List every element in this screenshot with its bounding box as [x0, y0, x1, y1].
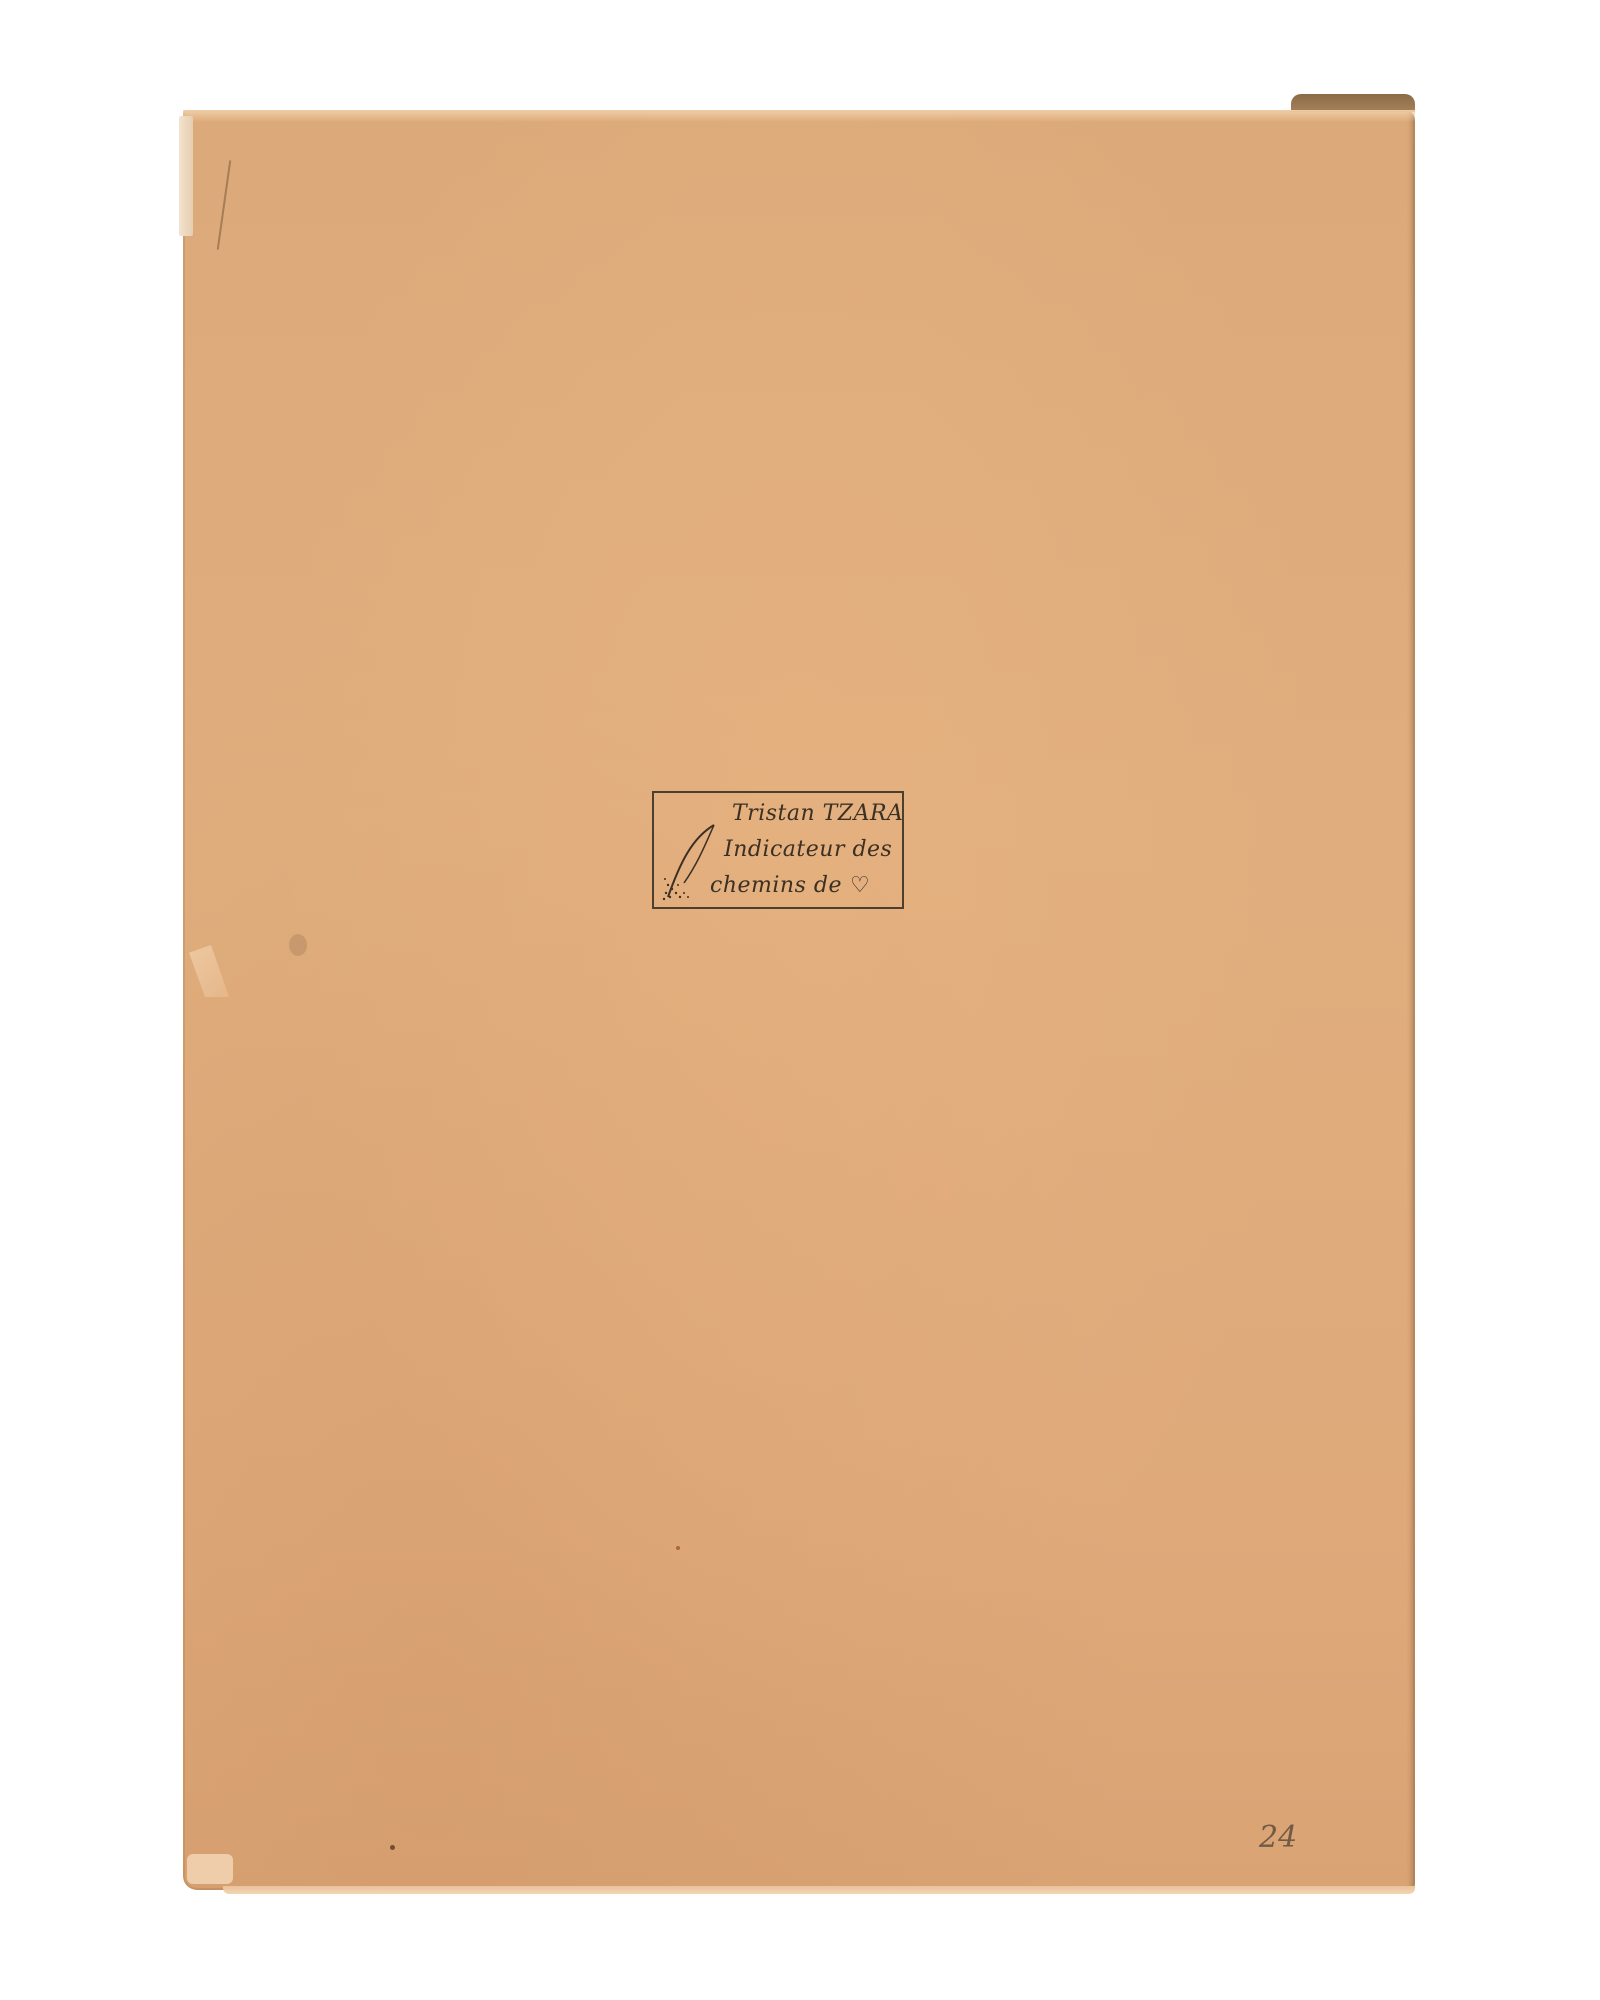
stamp-author: Tristan TZARA [732, 801, 903, 826]
spine-crack [217, 160, 232, 249]
spine-tear [179, 116, 193, 236]
pencil-note: 24 [1259, 1820, 1297, 1855]
ink-spot [390, 1845, 395, 1850]
ink-spot [676, 1546, 680, 1550]
heart-icon: ♡ [850, 873, 870, 898]
bottom-edge [223, 1886, 1415, 1894]
stamp-title-line1: Indicateur des [724, 837, 892, 862]
stain [289, 934, 307, 956]
top-edge-wear [183, 110, 1415, 122]
stamp-title-line2: chemins de♡ [710, 873, 870, 898]
publisher-stamp: Tristan TZARA Indicateur des chemins de♡ [652, 791, 904, 909]
folded-flap [189, 945, 229, 997]
book-back-cover: Tristan TZARA Indicateur des chemins de♡… [183, 110, 1415, 1890]
corner-wear [187, 1854, 233, 1884]
stamp-title-text: chemins de [710, 873, 842, 898]
